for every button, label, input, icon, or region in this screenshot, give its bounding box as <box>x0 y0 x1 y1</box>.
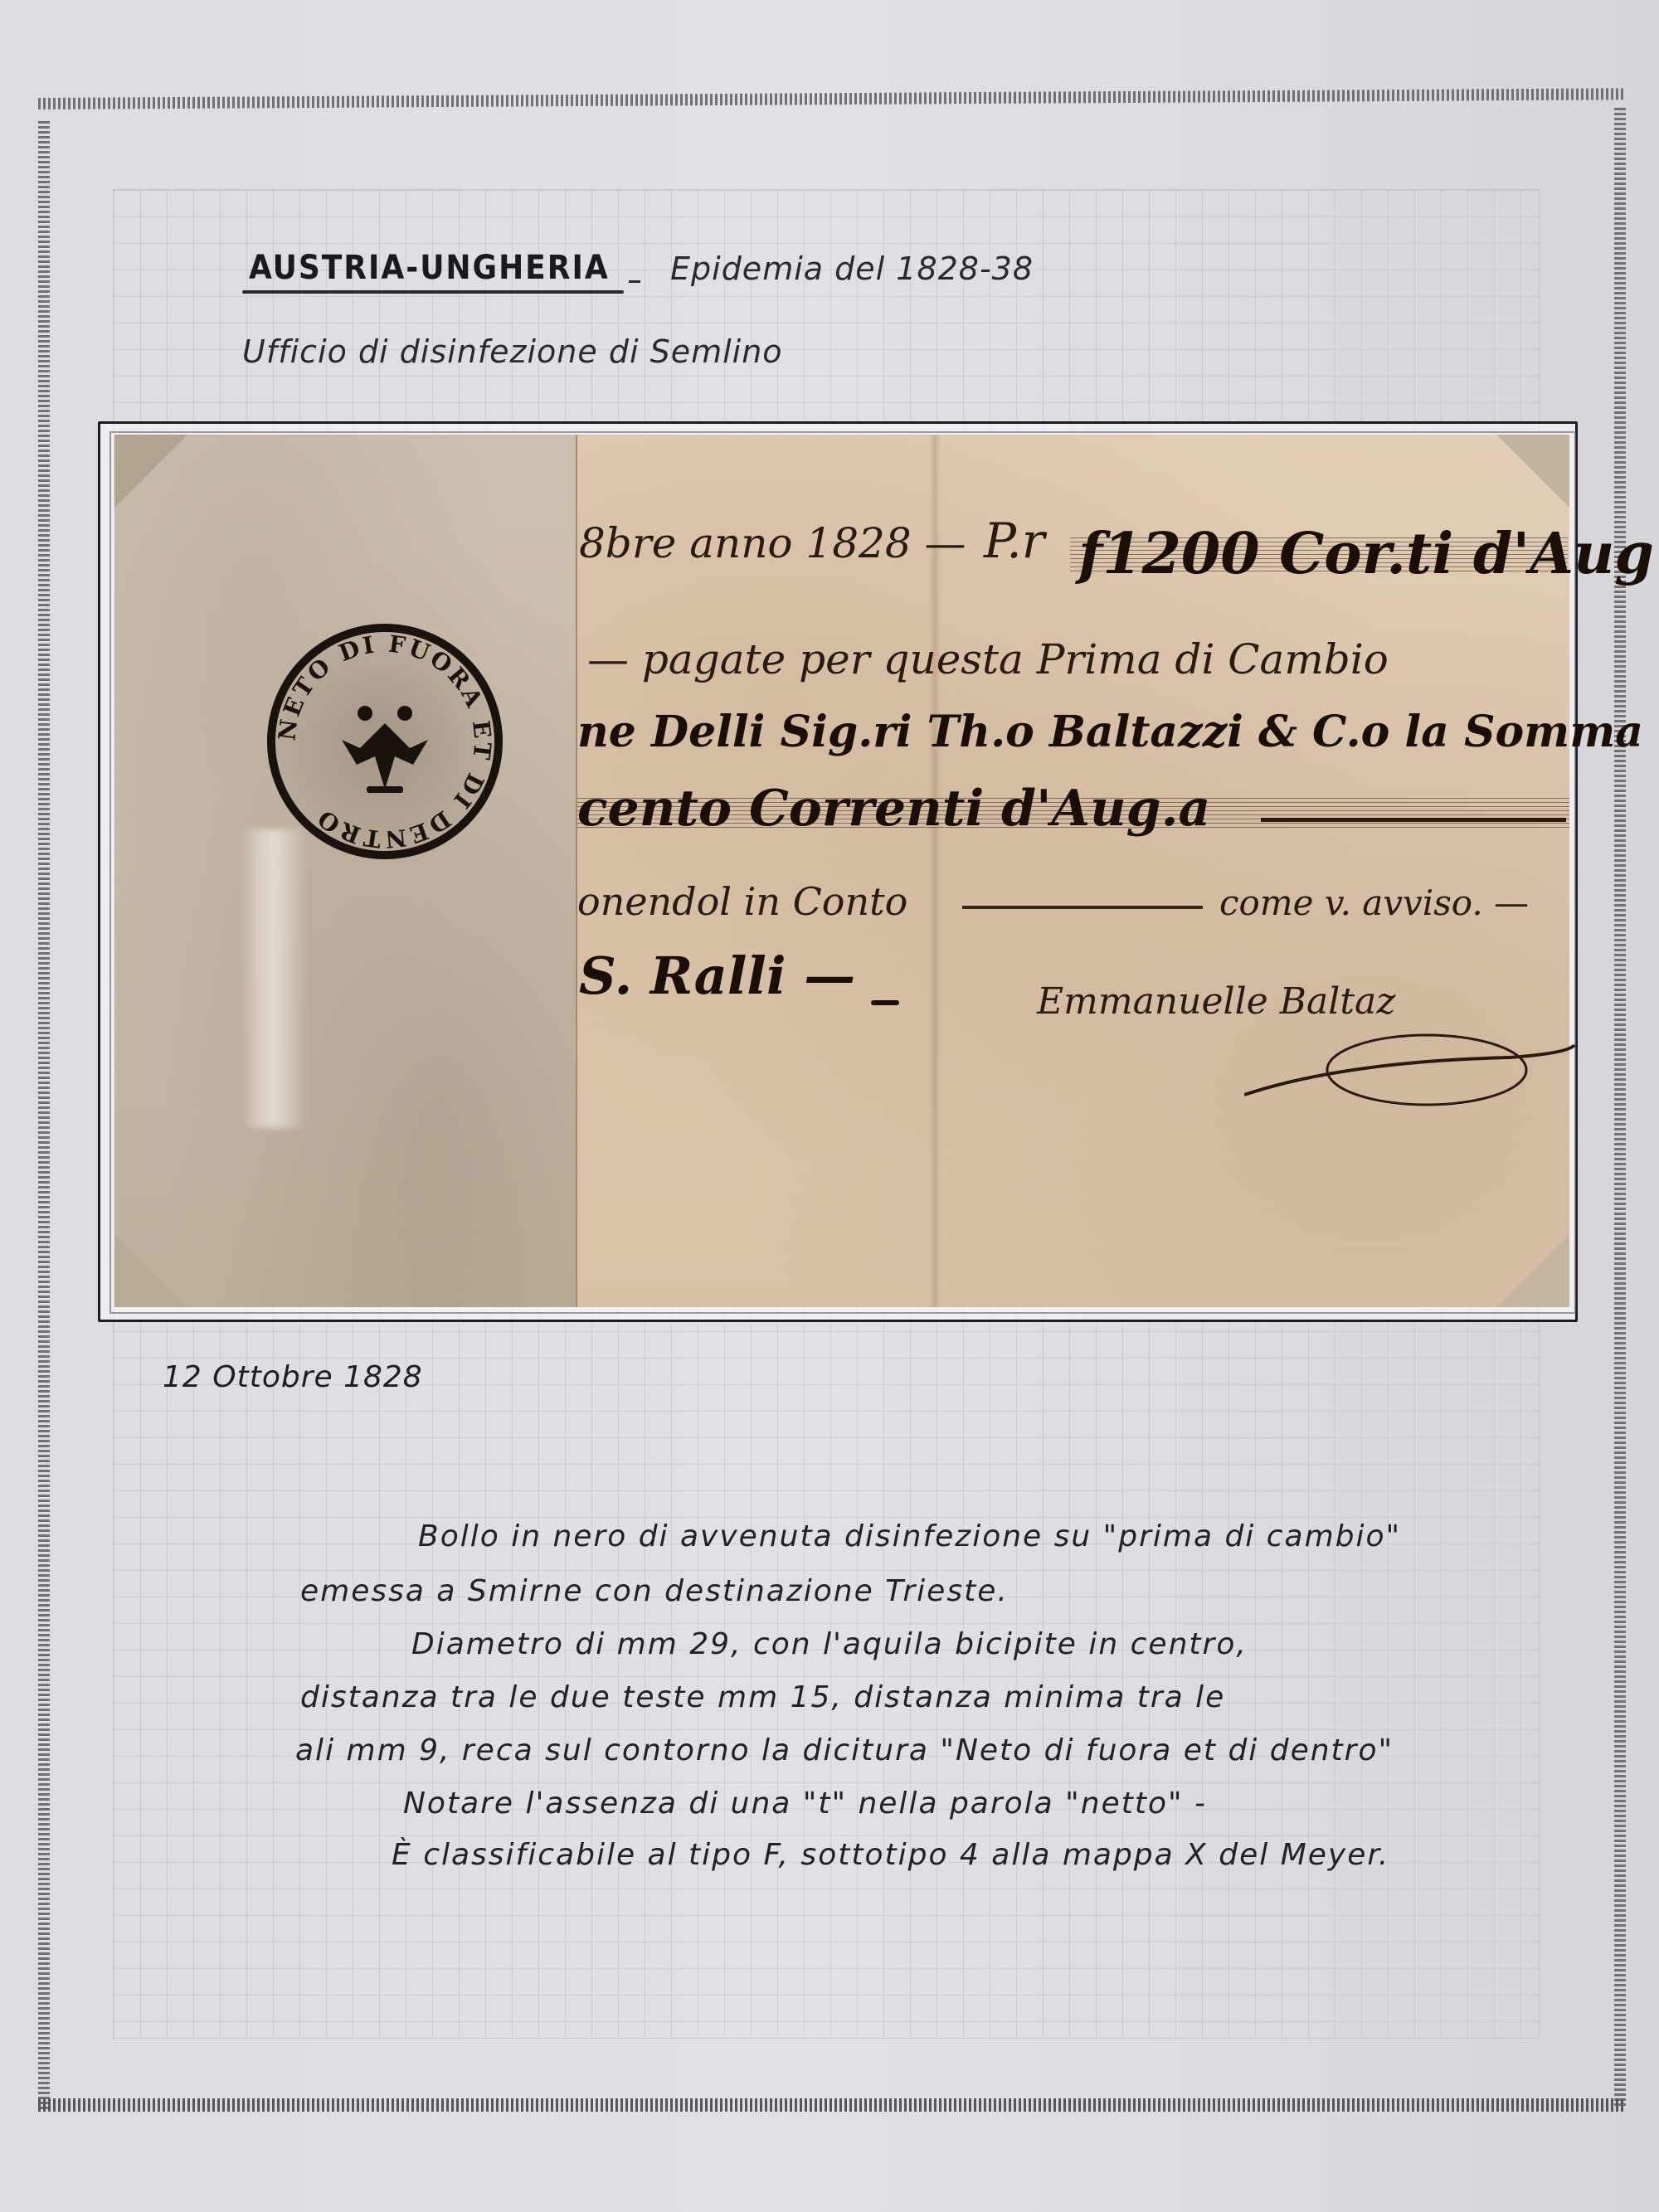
bill-line-5a: onendol in Conto <box>577 879 907 924</box>
document-back-fold <box>114 435 577 1307</box>
title-underline <box>242 290 624 294</box>
page-border-left <box>38 121 50 2112</box>
note-line: Bollo in nero di avvenuta disinfezione s… <box>418 1519 1401 1553</box>
note-line: Notare l'assenza di una "t" nella parola… <box>403 1787 1207 1821</box>
bill-line-5-rule <box>962 906 1203 909</box>
mount-corner-bottom-left <box>114 1234 187 1307</box>
double-headed-eagle-icon: NETO DI FUORA ET DI DENTRO <box>267 624 503 859</box>
mount-corner-bottom-right <box>1496 1234 1569 1307</box>
country-title: AUSTRIA-UNGHERIA <box>249 249 610 287</box>
title-dash <box>629 280 640 283</box>
epidemic-subtitle: Epidemia del 1828-38 <box>670 250 1034 287</box>
bill-line-4-rule <box>1261 818 1566 822</box>
bill-line-5b: come v. avviso. — <box>1219 882 1529 923</box>
bill-date: 8bre anno 1828 — <box>579 519 966 567</box>
page-border-bottom <box>38 2098 1626 2112</box>
drawee-dash <box>871 1000 899 1005</box>
office-caption: Ufficio di disinfezione di Semlino <box>242 333 783 370</box>
mount-corner-top-left <box>114 435 187 508</box>
disinfection-seal: NETO DI FUORA ET DI DENTRO <box>267 624 503 859</box>
note-line: È classificabile al tipo F, sottotipo 4 … <box>392 1838 1389 1872</box>
signature-flourish-icon <box>1244 1028 1576 1111</box>
mount-corner-top-right <box>1496 435 1569 508</box>
drawer-signature: Emmanuelle Baltaz <box>1037 980 1395 1023</box>
bill-per: P.r <box>984 513 1044 569</box>
drawee-name: S. Ralli — <box>579 946 855 1006</box>
bill-line-3: ne Delli Sig.ri Th.o Baltazzi & C.o la S… <box>577 707 1643 757</box>
document-date: 12 Ottobre 1828 <box>163 1360 423 1394</box>
note-line: Diametro di mm 29, con l'aquila bicipite… <box>411 1627 1248 1661</box>
page-border-top <box>38 88 1626 109</box>
bill-amount: f1200 Cor.ti d'Aug <box>1078 521 1654 587</box>
bill-line-4: cento Correnti d'Aug.a <box>577 780 1210 838</box>
note-line: emessa a Smirne con destinazione Trieste… <box>300 1574 1009 1608</box>
note-line: distanza tra le due teste mm 15, distanz… <box>300 1680 1225 1714</box>
note-line: ali mm 9, reca sul contorno la dicitura … <box>295 1733 1394 1767</box>
sleeve-glare <box>241 829 307 1128</box>
page-border-right <box>1614 108 1626 2107</box>
bill-line-2: — pagate per questa Prima di Cambio <box>587 635 1389 683</box>
album-page: AUSTRIA-UNGHERIA Epidemia del 1828-38 Uf… <box>0 0 1659 2212</box>
